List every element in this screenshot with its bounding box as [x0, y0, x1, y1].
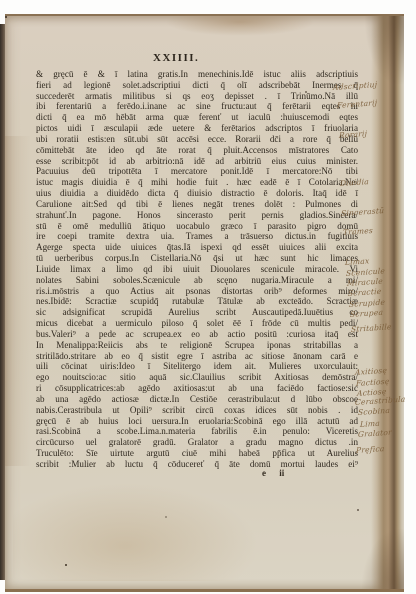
margin-note: Limax — [345, 256, 370, 267]
margin-note: Stritabille — [351, 322, 392, 334]
margin-note: Rorarij — [339, 129, 368, 140]
margin-note: Sincerastū — [341, 206, 384, 218]
margin-note: Trames — [343, 226, 373, 237]
margin-note: Scrupea — [350, 308, 384, 319]
margin-note: Pręfica — [356, 444, 385, 455]
marginalia: AdscriptiujFerentarijRorarijDiuidiaSince… — [0, 0, 416, 594]
margin-note: Scobina — [358, 406, 390, 417]
margin-note: Gralator — [358, 428, 392, 439]
margin-note: Scractie — [348, 287, 382, 298]
margin-note: Diuidia — [340, 177, 369, 188]
margin-note: Lima — [360, 419, 380, 429]
margin-note: Ferentarij — [337, 98, 378, 110]
book-photo: XXIIII. & gręcū ē & ī latina gratis.In m… — [0, 0, 416, 594]
margin-note: Axitiosę — [355, 366, 387, 377]
margin-note: Adscriptiuj — [333, 80, 378, 92]
